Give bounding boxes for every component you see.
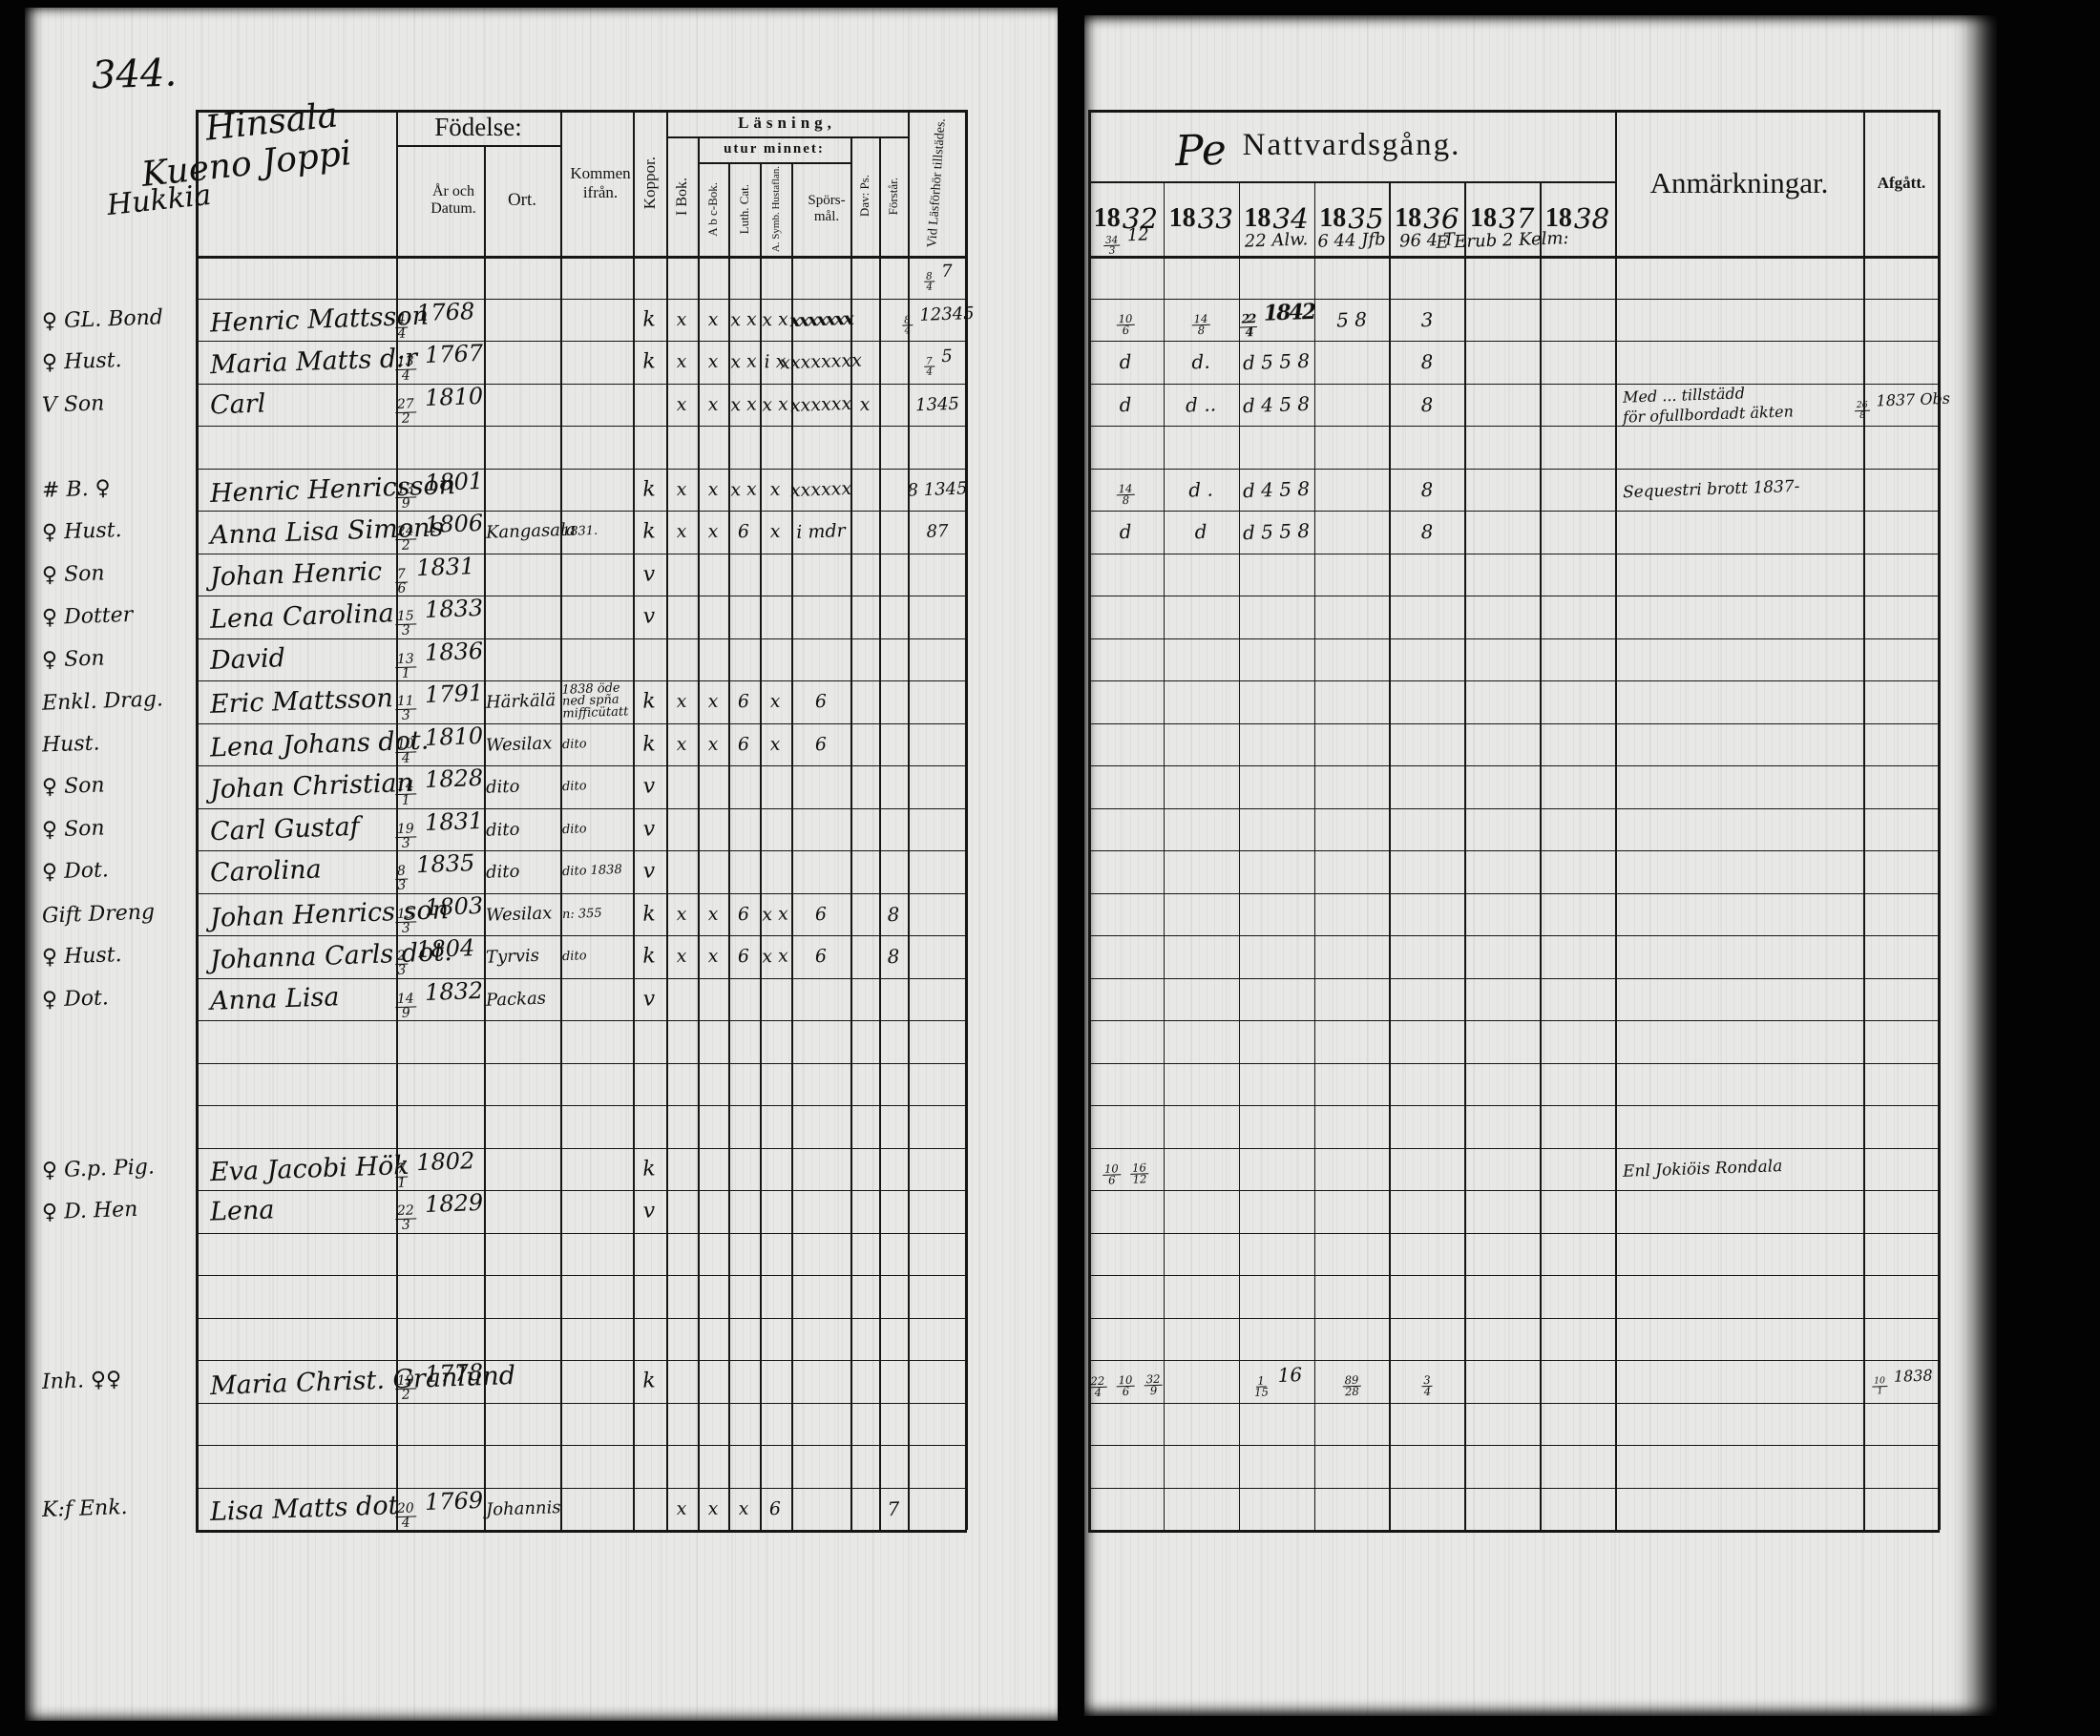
reading-mark: x x [762, 946, 788, 968]
arrived-from-entry: n: 355 [562, 907, 631, 921]
row-margin-note: # B. ♀ [42, 476, 112, 502]
row-margin-note: Hust. [42, 731, 100, 757]
birthdate-entry: 141 1828 [392, 764, 484, 808]
table-line [1088, 1403, 1940, 1404]
header-script: Pe [1175, 126, 1228, 177]
communion-mark: 224 1842 [1237, 300, 1315, 340]
birthdate-entry: 44 1768 [392, 298, 475, 342]
table-line [196, 723, 967, 724]
table-line [196, 808, 967, 809]
table-line [760, 162, 762, 1530]
reading-mark: i mdr [796, 520, 846, 543]
table-line [1088, 469, 1940, 470]
smallpox-mark: v [642, 1200, 655, 1224]
table-line [1088, 935, 1940, 936]
row-margin-note: ♀ Hust. [42, 348, 122, 375]
arrived-from-entry: 1838 öde ned spña mifficütatt [561, 682, 631, 721]
table-line [196, 893, 967, 894]
communion-mark: d [1120, 393, 1133, 416]
table-line [1088, 384, 1940, 385]
attendance-mark: 84 7 [922, 261, 954, 293]
name-entry: Lisa Matts dot [210, 1491, 399, 1527]
table-line [1088, 256, 1940, 259]
table-line [879, 136, 881, 1530]
table-line [196, 1445, 967, 1446]
reading-mark: x x [730, 351, 757, 373]
table-line [1088, 978, 1940, 979]
attendance-mark: 1345 [915, 393, 960, 415]
birthdate-entry: 83 1835 [392, 849, 475, 893]
table-line [196, 469, 967, 470]
scanned-church-record: Födelse: År och Datum. Ort. Kommen ifrån… [0, 0, 2100, 1736]
column-header-kommen-ifran: Kommen ifrån. [562, 110, 639, 256]
communion-mark: d 4 5 8 [1243, 392, 1311, 417]
birthdate-entry: 192 1778 [392, 1359, 484, 1403]
table-line [196, 1530, 967, 1533]
column-header-a-symb-hustaflan: A. Symb. Hustaflan. [760, 162, 791, 256]
column-header-koppor: Koppor. [633, 110, 666, 256]
communion-mark: 8 [1420, 478, 1434, 501]
communion-mark: d [1120, 350, 1133, 373]
table-line [1088, 1190, 1940, 1191]
table-line [196, 341, 967, 342]
birthdate-entry: 113 1791 [392, 680, 484, 723]
row-margin-note: V Son [42, 391, 105, 417]
row-margin-note: ♀ Son [42, 561, 105, 587]
row-margin-note: Gift Dreng [42, 900, 156, 928]
reading-mark: x [676, 479, 686, 500]
reading-mark: x x [762, 308, 788, 330]
reading-mark: 6 [738, 946, 750, 967]
reading-mark: x [707, 309, 718, 330]
reading-mark: x [676, 691, 686, 712]
smallpox-mark: v [642, 775, 655, 799]
column-header-vid-lasforhor: Vid Läsförhör tillstädes. [908, 110, 967, 256]
smallpox-mark: k [642, 690, 656, 714]
name-entry: Carolina [209, 855, 322, 889]
birthplace-entry: Wesilax [486, 735, 561, 754]
attendance-mark: 74 5 [922, 346, 954, 378]
birthdate-entry: 134 1767 [392, 340, 484, 384]
reading-mark: x x [762, 393, 788, 415]
table-line [196, 850, 967, 851]
reading-mark: x [676, 521, 686, 542]
table-line [196, 765, 967, 766]
reading-mark: x [707, 734, 718, 755]
column-header-ort: Ort. [484, 145, 560, 256]
arrived-from-entry: dito [562, 822, 631, 836]
table-line [1088, 638, 1940, 639]
reading-mark: x x [762, 903, 788, 925]
table-line [196, 935, 967, 936]
birthdate-entry: 149 1832 [392, 977, 484, 1021]
reading-mark: x [707, 394, 718, 415]
table-line [698, 136, 700, 1530]
reading-mark: 7 [887, 1497, 900, 1520]
table-line [196, 638, 967, 639]
birthplace-entry: dito [486, 862, 561, 881]
birthdate-entry: 71 1802 [392, 1147, 475, 1191]
table-line [1088, 1488, 1940, 1489]
communion-mark: d [1120, 520, 1133, 543]
table-line [396, 145, 560, 147]
communion-mark: d 4 5 8 [1243, 477, 1311, 502]
communion-mark: d 5 5 8 [1243, 349, 1311, 374]
table-line [666, 136, 908, 138]
row-margin-note: ♀ GL. Bond [42, 305, 164, 333]
birthdate-entry: 242 1806 [392, 510, 484, 554]
table-line [1088, 110, 1940, 113]
table-line [484, 145, 486, 1530]
communion-mark: 8928 [1340, 1364, 1363, 1399]
communion-mark: 5 8 [1336, 307, 1368, 331]
table-line [196, 384, 967, 385]
reading-mark: x [769, 691, 780, 712]
row-margin-note: ♀ G.p. Pig. [42, 1155, 156, 1182]
column-header-dav-ps: Dav: Ps. [850, 136, 879, 256]
reading-mark: x [769, 734, 780, 755]
birthdate-entry: 153 1803 [392, 892, 484, 936]
reading-mark: x [707, 521, 718, 542]
reading-mark: x [707, 351, 718, 372]
reading-mark: x [707, 479, 718, 500]
communion-mark: 106 1612 [1101, 1151, 1151, 1187]
table-line [196, 1360, 967, 1361]
table-line [196, 1148, 967, 1149]
table-line [196, 1063, 967, 1064]
row-margin-note: Enkl. Drag. [42, 688, 164, 716]
table-line [196, 426, 967, 427]
table-line [196, 1105, 967, 1106]
column-header-anmarkningar: Anmärkningar. [1615, 110, 1863, 256]
row-margin-note: ♀ Dotter [42, 603, 134, 630]
smallpox-mark: v [642, 562, 655, 586]
birthdate-entry: 104 1810 [392, 722, 484, 766]
header-script: 22 Alw. [1245, 229, 1309, 251]
smallpox-mark: k [642, 1370, 656, 1393]
communion-mark: 3 [1420, 308, 1434, 331]
table-line [196, 1488, 967, 1489]
smallpox-mark: k [642, 350, 656, 374]
reading-mark: x [769, 521, 780, 542]
communion-mark: d .. [1186, 392, 1217, 416]
column-header-luth-cat: Luth. Cat. [728, 162, 760, 256]
reading-mark: x [707, 904, 718, 925]
row-margin-note: ♀ Dot. [42, 859, 110, 885]
table-line [196, 680, 967, 681]
table-line [196, 1403, 967, 1404]
communion-mark: 8 [1420, 393, 1434, 416]
table-line [1088, 1063, 1940, 1064]
header-script: 6 44 Jfb [1317, 229, 1386, 251]
reading-mark: 6 [815, 946, 828, 967]
communion-mark: 148 [1189, 302, 1212, 337]
name-entry: David [209, 643, 285, 676]
birthdate-entry: 193 1831 [392, 807, 484, 851]
birthdate-entry: 223 1829 [392, 1189, 484, 1233]
communion-mark: d. [1191, 350, 1210, 374]
birthdate-entry: 131 1836 [392, 638, 484, 681]
birthplace-entry: dito [486, 820, 561, 839]
reading-mark: x x [730, 308, 757, 330]
year-column-header: 1833 [1164, 181, 1239, 256]
table-line [1088, 680, 1940, 681]
table-line [196, 299, 967, 300]
birthplace-entry: dito [486, 777, 561, 796]
attendance-mark: 8 1345 [907, 478, 968, 500]
smallpox-mark: k [642, 520, 656, 544]
communion-mark: 106 [1114, 302, 1137, 337]
smallpox-mark: k [642, 1157, 656, 1181]
communion-mark: 148 [1114, 471, 1137, 507]
table-line [196, 1190, 967, 1191]
reading-mark: xxxxxxx [789, 308, 852, 331]
arrived-from-entry: dito 1838 [562, 865, 631, 879]
birthdate-entry: 272 1810 [392, 383, 484, 427]
table-line [1088, 596, 1940, 596]
smallpox-mark: v [642, 860, 655, 884]
table-line [1088, 1020, 1940, 1021]
reading-mark: 6 [738, 521, 750, 542]
table-line [196, 596, 967, 596]
reading-mark: x [676, 904, 686, 925]
column-header-abc-bok: A b c-Bok. [698, 162, 728, 256]
communion-mark: d 5 5 8 [1243, 519, 1311, 544]
name-entry: Lena [209, 1196, 274, 1227]
smallpox-mark: k [642, 307, 656, 331]
table-line [1088, 1105, 1940, 1106]
smallpox-mark: k [642, 477, 656, 501]
departed-entry: 268 1837 Obs [1852, 388, 1950, 420]
communion-mark: 8 [1420, 350, 1434, 373]
table-line [1088, 808, 1940, 809]
arrived-from-entry: dito [562, 737, 631, 751]
table-line [196, 1020, 967, 1021]
row-margin-note: ♀ Son [42, 646, 105, 672]
birthdate-entry: 76 1831 [392, 553, 475, 596]
reading-mark: xxxxxx [789, 478, 851, 501]
reading-mark: 6 [815, 904, 828, 925]
table-line [196, 1318, 967, 1319]
reading-mark: 8 [887, 903, 900, 926]
smallpox-mark: v [642, 817, 655, 841]
communion-mark: 115 16 [1249, 1363, 1303, 1399]
reading-mark: 8 [887, 945, 900, 968]
reading-mark: 6 [815, 734, 828, 755]
table-line [1088, 341, 1940, 342]
table-line [1088, 1275, 1940, 1276]
birthdate-entry: 204 1769 [392, 1487, 484, 1531]
row-margin-note: ♀ Son [42, 774, 105, 800]
table-line [1088, 426, 1940, 427]
table-line [850, 136, 852, 1530]
smallpox-mark: k [642, 732, 656, 756]
page-number: 344. [91, 51, 178, 97]
birthplace-entry: Härkälä [486, 692, 561, 711]
reading-mark: x [738, 1498, 748, 1519]
column-header-utur-minnet: utur minnet: [698, 136, 850, 162]
column-header-lasning: Läsning, [666, 110, 908, 136]
table-line [728, 162, 730, 1530]
communion-mark: 224 106 329 [1086, 1363, 1165, 1400]
row-margin-note: Inh. ♀♀ [42, 1368, 122, 1394]
birthdate-entry: 139 1801 [392, 468, 484, 512]
table-line [1088, 299, 1940, 300]
smallpox-mark: v [642, 987, 655, 1011]
birthplace-entry: Johannis [486, 1499, 561, 1518]
table-line [1088, 1530, 1940, 1533]
table-line [1088, 1360, 1940, 1361]
row-margin-note: ♀ Dot. [42, 986, 110, 1012]
table-line [196, 1233, 967, 1234]
reading-mark: x [859, 394, 870, 415]
column-header-forstar: Förstår. [879, 136, 908, 256]
reading-mark: 6 [815, 691, 828, 712]
table-line [1088, 1233, 1940, 1234]
row-margin-note: ♀ Son [42, 816, 105, 842]
reading-mark: x [676, 394, 686, 415]
table-line [196, 554, 967, 554]
reading-mark: 6 [738, 904, 750, 925]
departed-entry: 101 1838 [1870, 1367, 1934, 1396]
table-line [1088, 1318, 1940, 1319]
table-line [698, 162, 850, 164]
communion-mark: d [1194, 520, 1207, 543]
table-line [1088, 765, 1940, 766]
row-margin-note: ♀ Hust. [42, 943, 122, 970]
reading-mark: 6 [738, 734, 750, 755]
reading-mark: x x [730, 393, 757, 415]
table-line [1088, 1148, 1940, 1149]
table-line [1088, 1445, 1940, 1446]
header-script: 343 12 [1102, 224, 1150, 256]
reading-mark: x [707, 946, 718, 967]
table-line [196, 511, 967, 512]
attendance-mark: 87 [926, 521, 949, 542]
table-line [1088, 723, 1940, 724]
smallpox-mark: v [642, 605, 655, 629]
reading-mark: xxxxxxxx [780, 350, 862, 374]
birthplace-entry: Tyrvis [486, 947, 561, 966]
smallpox-mark: k [642, 902, 656, 926]
birthplace-entry: Wesilax [486, 905, 561, 924]
reading-mark: x [676, 309, 686, 330]
name-entry: Johan Henric [210, 556, 383, 592]
row-margin-note: ♀ Hust. [42, 518, 122, 545]
name-entry: Anna Lisa [210, 982, 340, 1016]
table-line [196, 256, 967, 259]
column-header-fodelse: Födelse: [396, 110, 560, 145]
table-line [1088, 850, 1940, 851]
column-header-i-bok: I Bok. [666, 136, 698, 256]
column-header-afgatt: Afgått. [1863, 110, 1940, 256]
attendance-mark: 84 12345 [900, 303, 976, 336]
communion-mark: 8 [1420, 520, 1434, 543]
reading-mark: 6 [738, 691, 750, 712]
reading-mark: 6 [769, 1498, 782, 1519]
table-line [1088, 893, 1940, 894]
reading-mark: x [707, 1498, 718, 1519]
reading-mark: x [707, 691, 718, 712]
row-margin-note: K:f Enk. [42, 1495, 128, 1522]
reading-mark: x [676, 351, 686, 372]
reading-mark: xxxxxx [789, 393, 851, 416]
name-entry: Carl Gustaf [210, 812, 361, 847]
communion-mark: 34 [1419, 1364, 1436, 1398]
name-entry: Carl [209, 388, 265, 420]
communion-mark: d . [1188, 477, 1213, 501]
table-line [196, 1275, 967, 1276]
birthdate-entry: 153 1833 [392, 595, 484, 638]
reading-mark: x [769, 479, 780, 500]
reading-mark: x [676, 734, 686, 755]
table-line [1088, 511, 1940, 512]
birthplace-entry: Kangasala [486, 522, 561, 541]
reading-mark: x [676, 1498, 686, 1519]
column-header-nattvardsgang: Nattvardsgång. [1088, 110, 1615, 181]
row-margin-note: ♀ D. Hen [42, 1198, 138, 1224]
table-line [1088, 554, 1940, 554]
birthplace-entry: Packas [486, 990, 561, 1009]
reading-mark: x x [730, 478, 757, 500]
birthdate-entry: 23 1804 [392, 934, 475, 978]
table-line [196, 978, 967, 979]
smallpox-mark: k [642, 945, 656, 969]
reading-mark: x [676, 946, 686, 967]
